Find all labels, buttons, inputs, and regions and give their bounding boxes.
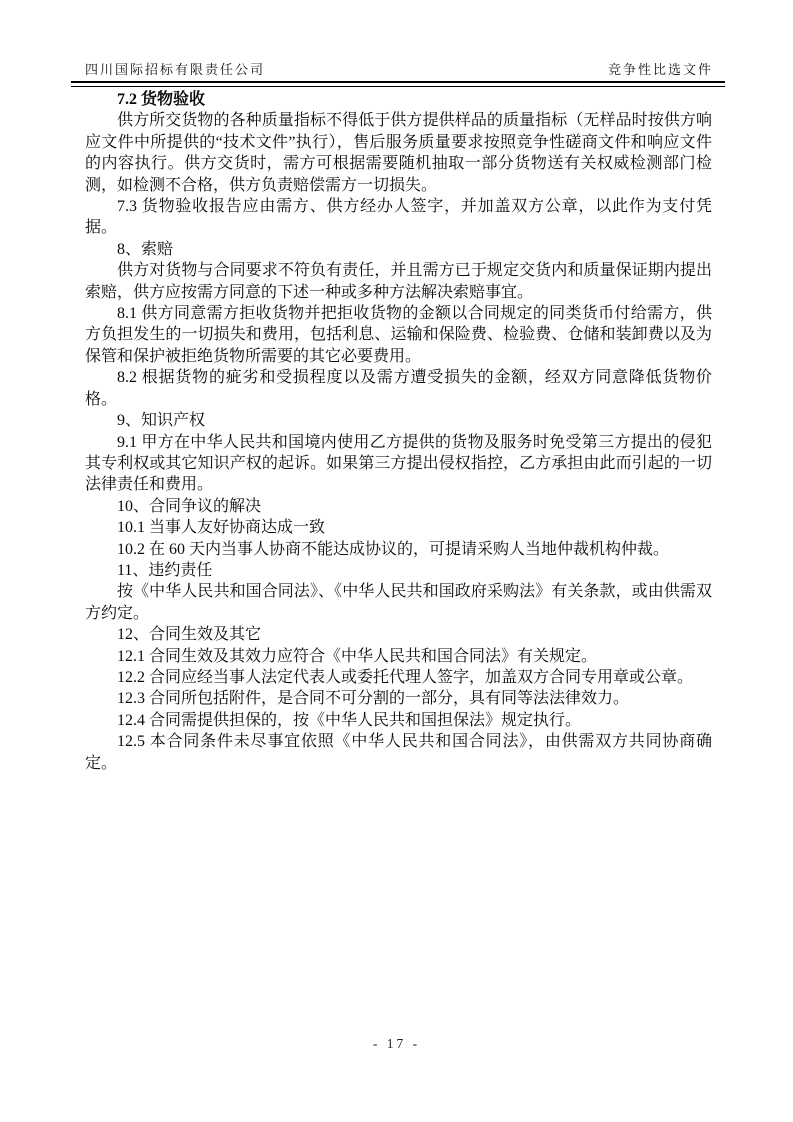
page-footer: - 17 - xyxy=(0,1036,793,1052)
paragraph-12-4: 12.4 合同需提供担保的，按《中华人民共和国担保法》规定执行。 xyxy=(85,710,712,731)
paragraph-12-1: 12.1 合同生效及其效力应符合《中华人民共和国合同法》有关规定。 xyxy=(85,646,712,667)
paragraph-7-3: 7.3 货物验收报告应由需方、供方经办人签字，并加盖双方公章，以此作为支付凭据。 xyxy=(85,196,712,239)
paragraph-8-1: 8.1 供方同意需方拒收货物并把拒收货物的金额以合同规定的同类货币付给需方，供方… xyxy=(85,303,712,367)
paragraph-9-1: 9.1 甲方在中华人民共和国境内使用乙方提供的货物及服务时免受第三方提出的侵犯其… xyxy=(85,432,712,496)
section-heading-dispute-resolution: 10、合同争议的解决 xyxy=(85,496,712,517)
paragraph-8-2: 8.2 根据货物的疵劣和受损程度以及需方遭受损失的金额，经双方同意降低货物价格。 xyxy=(85,367,712,410)
paragraph-11-body: 按《中华人民共和国合同法》、《中华人民共和国政府采购法》有关条款，或由供需双方约… xyxy=(85,581,712,624)
section-heading-goods-acceptance: 7.2 货物验收 xyxy=(85,89,712,110)
paragraph-12-2: 12.2 合同应经当事人法定代表人或委托代理人签字，加盖双方合同专用章或公章。 xyxy=(85,667,712,688)
page-header: 四川国际招标有限责任公司 竞争性比选文件 xyxy=(85,59,713,78)
section-heading-intellectual-property: 9、知识产权 xyxy=(85,410,712,431)
header-company-name: 四川国际招标有限责任公司 xyxy=(85,59,265,78)
paragraph-7-2-body: 供方所交货物的各种质量指标不得低于供方提供样品的质量指标（无样品时按供方响应文件… xyxy=(85,110,712,196)
header-document-type: 竞争性比选文件 xyxy=(608,59,713,78)
paragraph-10-1: 10.1 当事人友好协商达成一致 xyxy=(85,517,712,538)
paragraph-12-5: 12.5 本合同条件未尽事宜依照《中华人民共和国合同法》，由供需双方共同协商确定… xyxy=(85,731,712,774)
document-page: 四川国际招标有限责任公司 竞争性比选文件 7.2 货物验收 供方所交货物的各种质… xyxy=(0,0,793,1122)
paragraph-10-2: 10.2 在 60 天内当事人协商不能达成协议的，可提请采购人当地仲裁机构仲裁。 xyxy=(85,539,712,560)
document-body: 7.2 货物验收 供方所交货物的各种质量指标不得低于供方提供样品的质量指标（无样… xyxy=(85,89,712,774)
page-number: - 17 - xyxy=(373,1036,420,1051)
section-heading-contract-effectiveness: 12、合同生效及其它 xyxy=(85,624,712,645)
paragraph-12-3: 12.3 合同所包括附件，是合同不可分割的一部分，具有同等法法律效力。 xyxy=(85,688,712,709)
paragraph-8-body: 供方对货物与合同要求不符负有责任，并且需方已于规定交货内和质量保证期内提出索赔，… xyxy=(85,260,712,303)
section-heading-claims: 8、索赔 xyxy=(85,239,712,260)
section-heading-breach-liability: 11、违约责任 xyxy=(85,560,712,581)
header-rule xyxy=(71,81,725,87)
